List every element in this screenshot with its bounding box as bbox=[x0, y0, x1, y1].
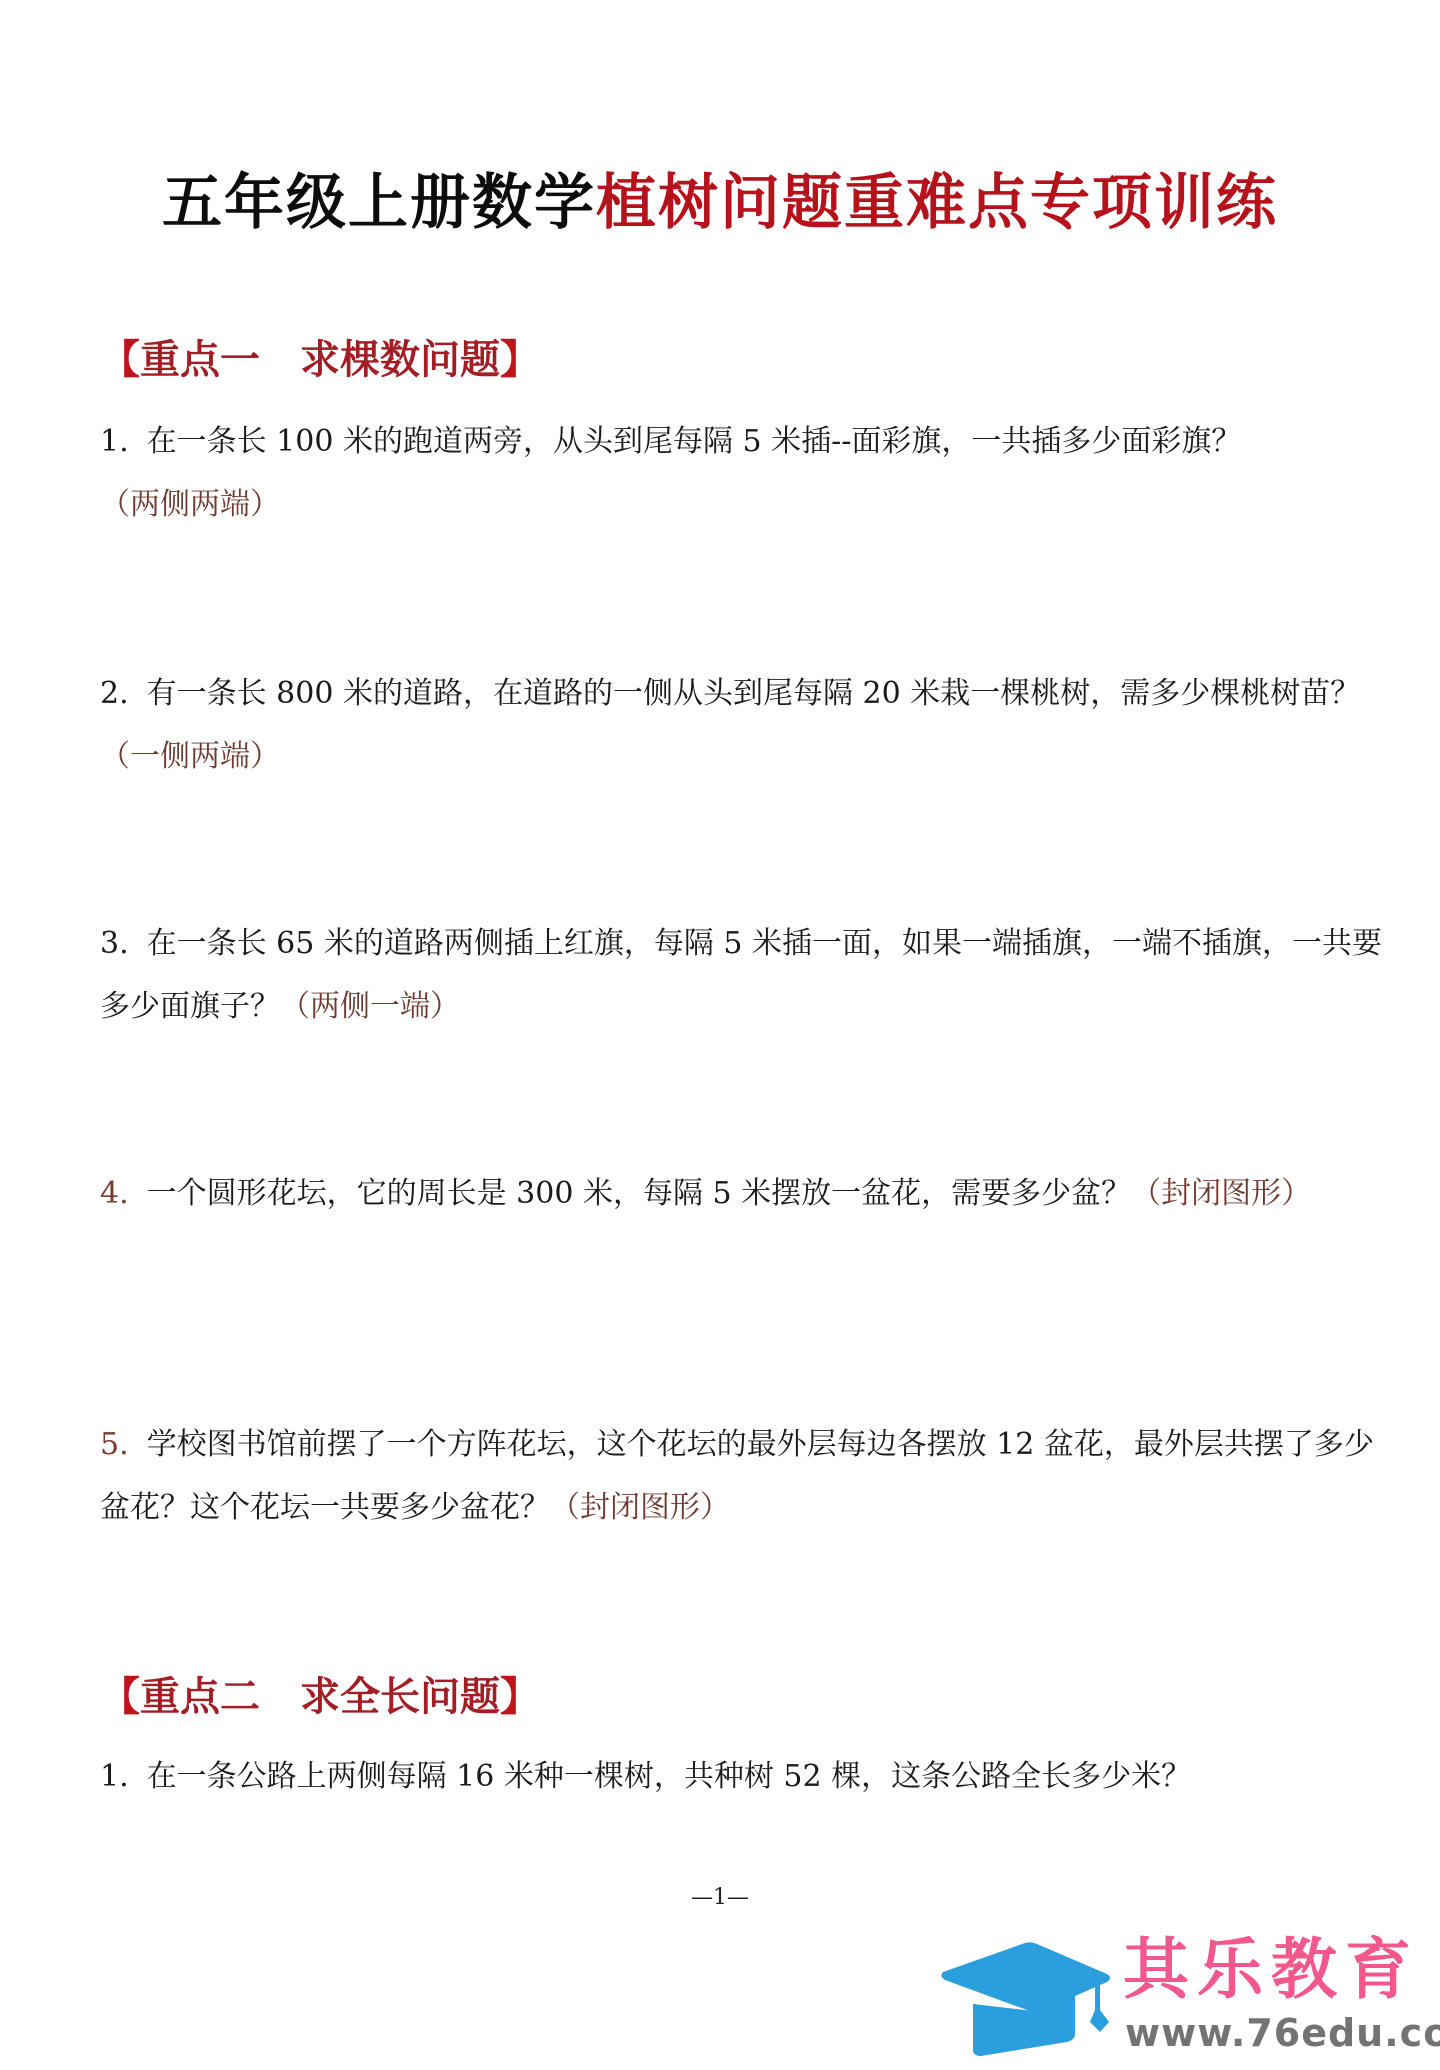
watermark-url: www.76edu.com bbox=[1125, 2010, 1440, 2056]
bracket-open: 【 bbox=[100, 1674, 140, 1720]
section-topic: 求棵数问题 bbox=[300, 337, 500, 383]
question-number: 5. bbox=[100, 1427, 129, 1462]
section-header-1: 【重点一求棵数问题】 bbox=[100, 330, 540, 390]
section-topic: 求全长问题 bbox=[300, 1674, 500, 1720]
watermark-logo: 其乐教育 www.76edu.com bbox=[935, 1930, 1435, 2060]
question-tag: （两侧两端） bbox=[100, 487, 280, 522]
section-label: 重点二 bbox=[140, 1674, 260, 1720]
question-text: 一个圆形花坛，它的周长是 300 米，每隔 5 米摆放一盆花，需要多少盆？ bbox=[147, 1176, 1132, 1211]
question-tag: （一侧两端） bbox=[100, 739, 280, 774]
section-header-2: 【重点二求全长问题】 bbox=[100, 1667, 540, 1727]
question-1-1: 1.在一条长 100 米的跑道两旁，从头到尾每隔 5 米插--面彩旗，一共插多少… bbox=[100, 410, 1390, 536]
question-text: 在一条公路上两侧每隔 16 米种一棵树，共种树 52 棵，这条公路全长多少米？ bbox=[147, 1759, 1192, 1794]
question-number: 4. bbox=[100, 1176, 129, 1211]
question-2-1: 1.在一条公路上两侧每隔 16 米种一棵树，共种树 52 棵，这条公路全长多少米… bbox=[100, 1745, 1390, 1808]
watermark-brand-name: 其乐教育 bbox=[1123, 1930, 1419, 2010]
question-text: 在一条长 100 米的跑道两旁，从头到尾每隔 5 米插--面彩旗，一共插多少面彩… bbox=[147, 424, 1242, 459]
question-1-2: 2.有一条长 800 米的道路，在道路的一侧从头到尾每隔 20 米栽一棵桃树，需… bbox=[100, 662, 1390, 788]
bracket-close: 】 bbox=[500, 1674, 540, 1720]
question-1-5: 5.学校图书馆前摆了一个方阵花坛，这个花坛的最外层每边各摆放 12 盆花，最外层… bbox=[100, 1413, 1390, 1539]
question-text: 有一条长 800 米的道路，在道路的一侧从头到尾每隔 20 米栽一棵桃树，需多少… bbox=[147, 676, 1361, 711]
bracket-open: 【 bbox=[100, 337, 140, 383]
question-text: 学校图书馆前摆了一个方阵花坛，这个花坛的最外层每边各摆放 12 盆花，最外层共摆… bbox=[100, 1427, 1374, 1525]
question-tag: （两侧一端） bbox=[280, 989, 460, 1024]
page-title-grade: 五年级上册数学 bbox=[162, 168, 596, 238]
question-tag: （封闭图形） bbox=[550, 1490, 730, 1525]
question-number: 1. bbox=[100, 424, 129, 459]
question-number: 3. bbox=[100, 926, 129, 961]
question-number: 1. bbox=[100, 1759, 129, 1794]
graduation-cap-icon bbox=[935, 1930, 1110, 2060]
section-label: 重点一 bbox=[140, 337, 260, 383]
bracket-close: 】 bbox=[500, 337, 540, 383]
question-tag: （封闭图形） bbox=[1131, 1176, 1311, 1211]
question-number: 2. bbox=[100, 676, 129, 711]
question-1-4: 4.一个圆形花坛，它的周长是 300 米，每隔 5 米摆放一盆花，需要多少盆？（… bbox=[100, 1162, 1390, 1225]
page-title: 五年级上册数学植树问题重难点专项训练 bbox=[0, 158, 1440, 248]
page-title-topic: 植树问题重难点专项训练 bbox=[596, 168, 1278, 238]
question-1-3: 3.在一条长 65 米的道路两侧插上红旗，每隔 5 米插一面，如果一端插旗，一端… bbox=[100, 912, 1390, 1038]
page-number: —1— bbox=[0, 1885, 1440, 1910]
